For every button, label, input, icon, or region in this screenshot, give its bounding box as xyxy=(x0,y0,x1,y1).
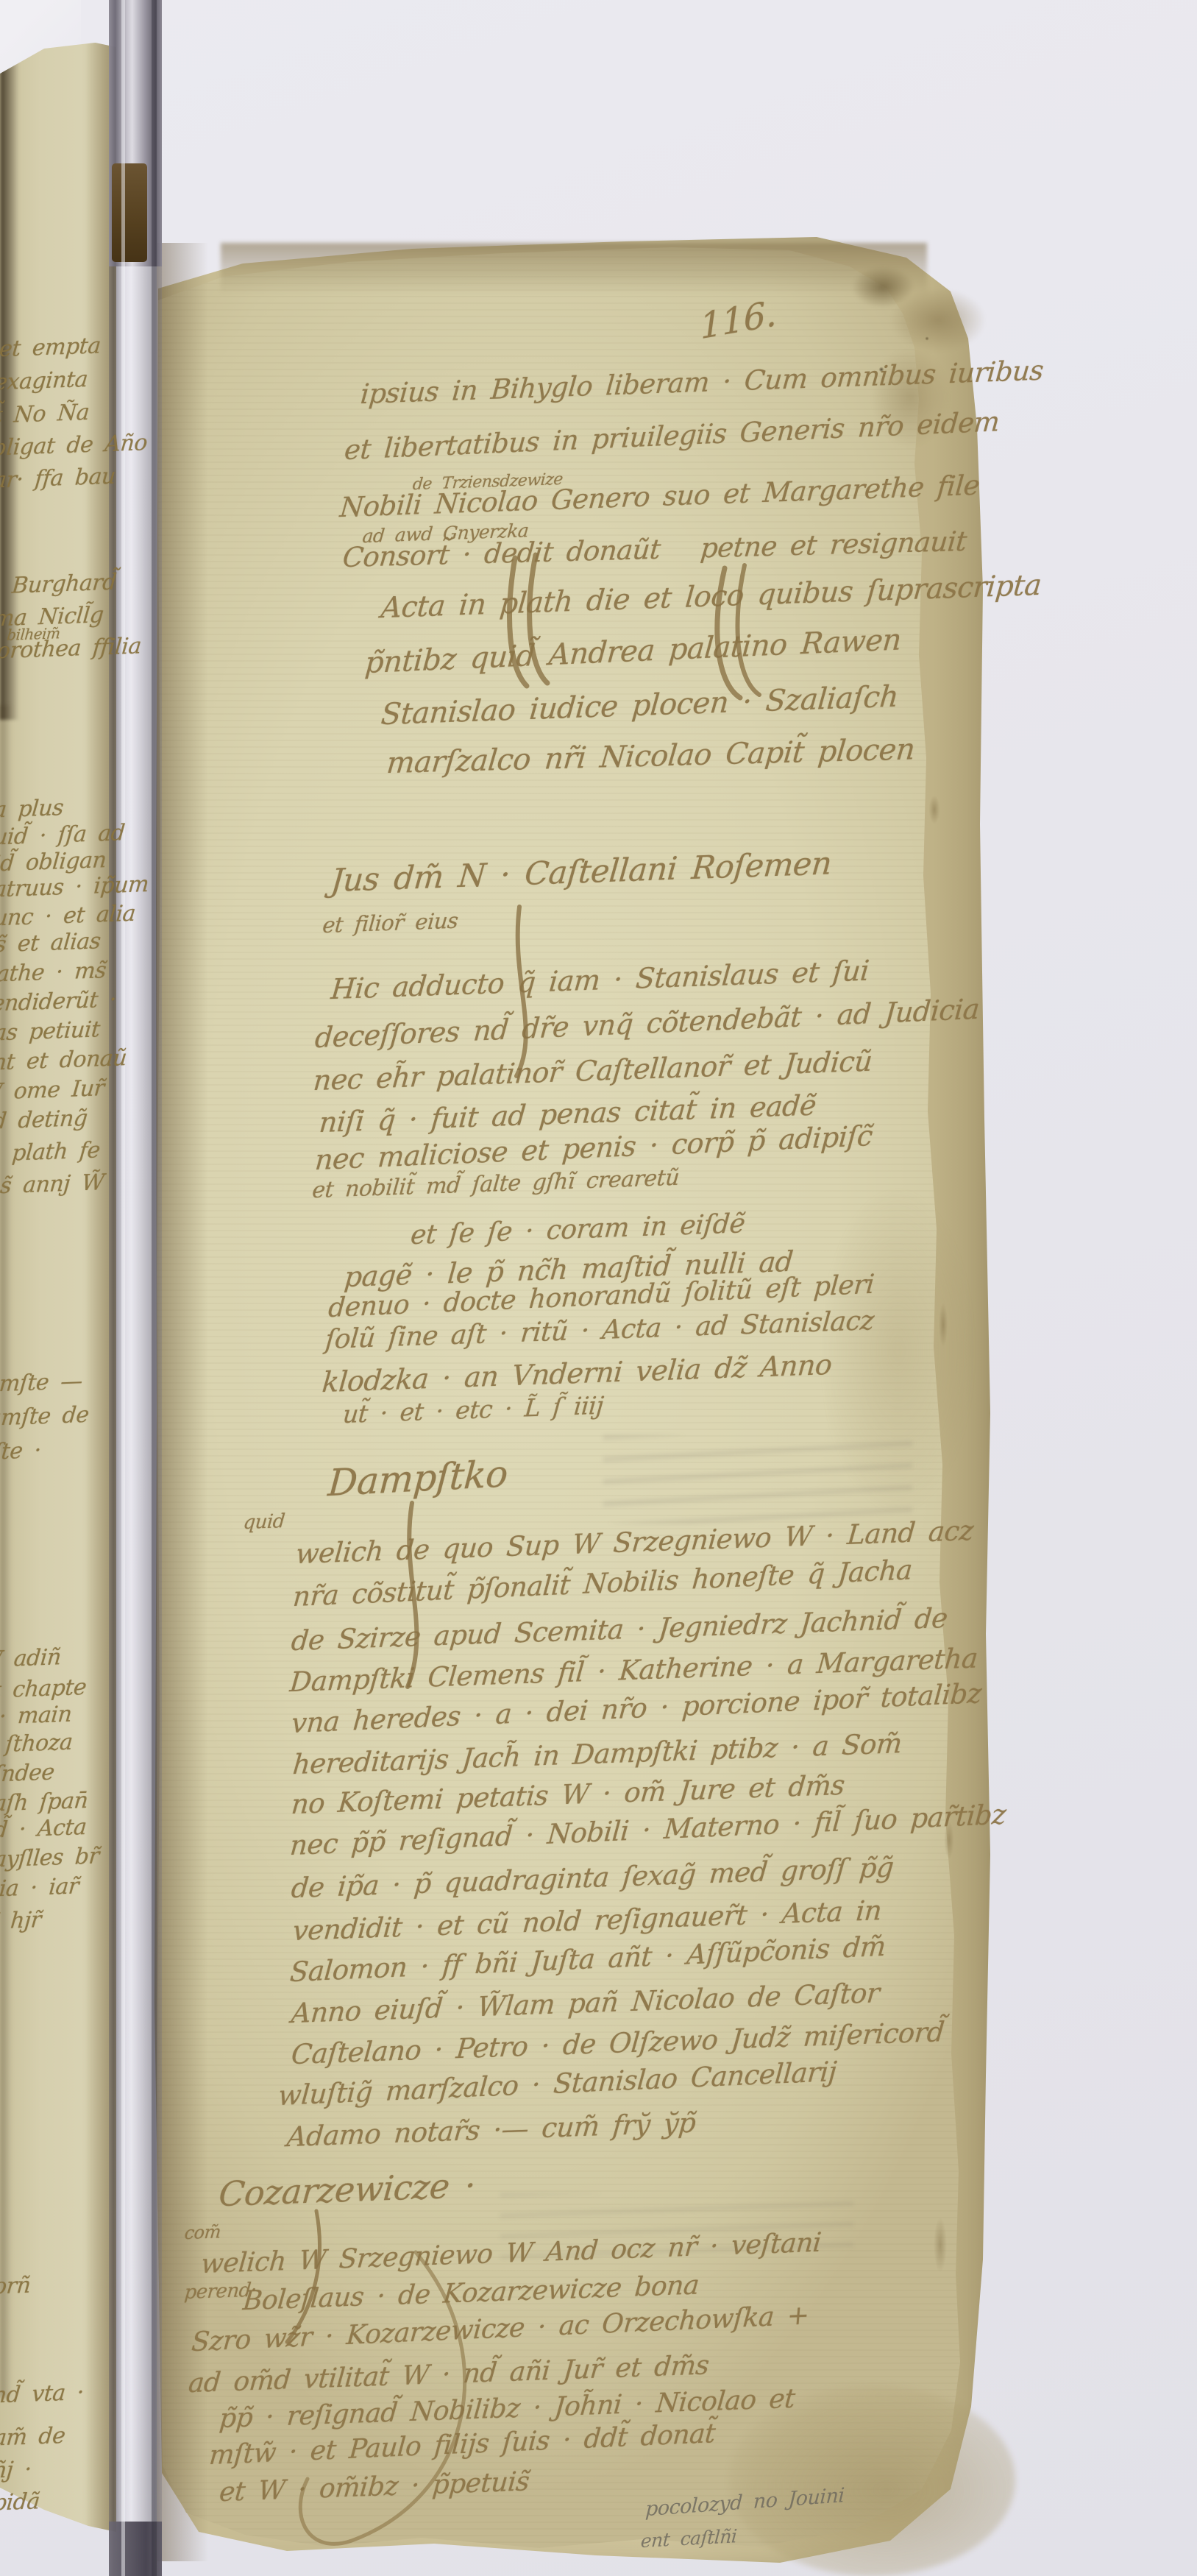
manuscript-photo: ſ̃ et emptaSexagintaut̃ No Ñaobligat de… xyxy=(0,0,1197,2576)
ink-flourishes xyxy=(0,0,1197,2576)
